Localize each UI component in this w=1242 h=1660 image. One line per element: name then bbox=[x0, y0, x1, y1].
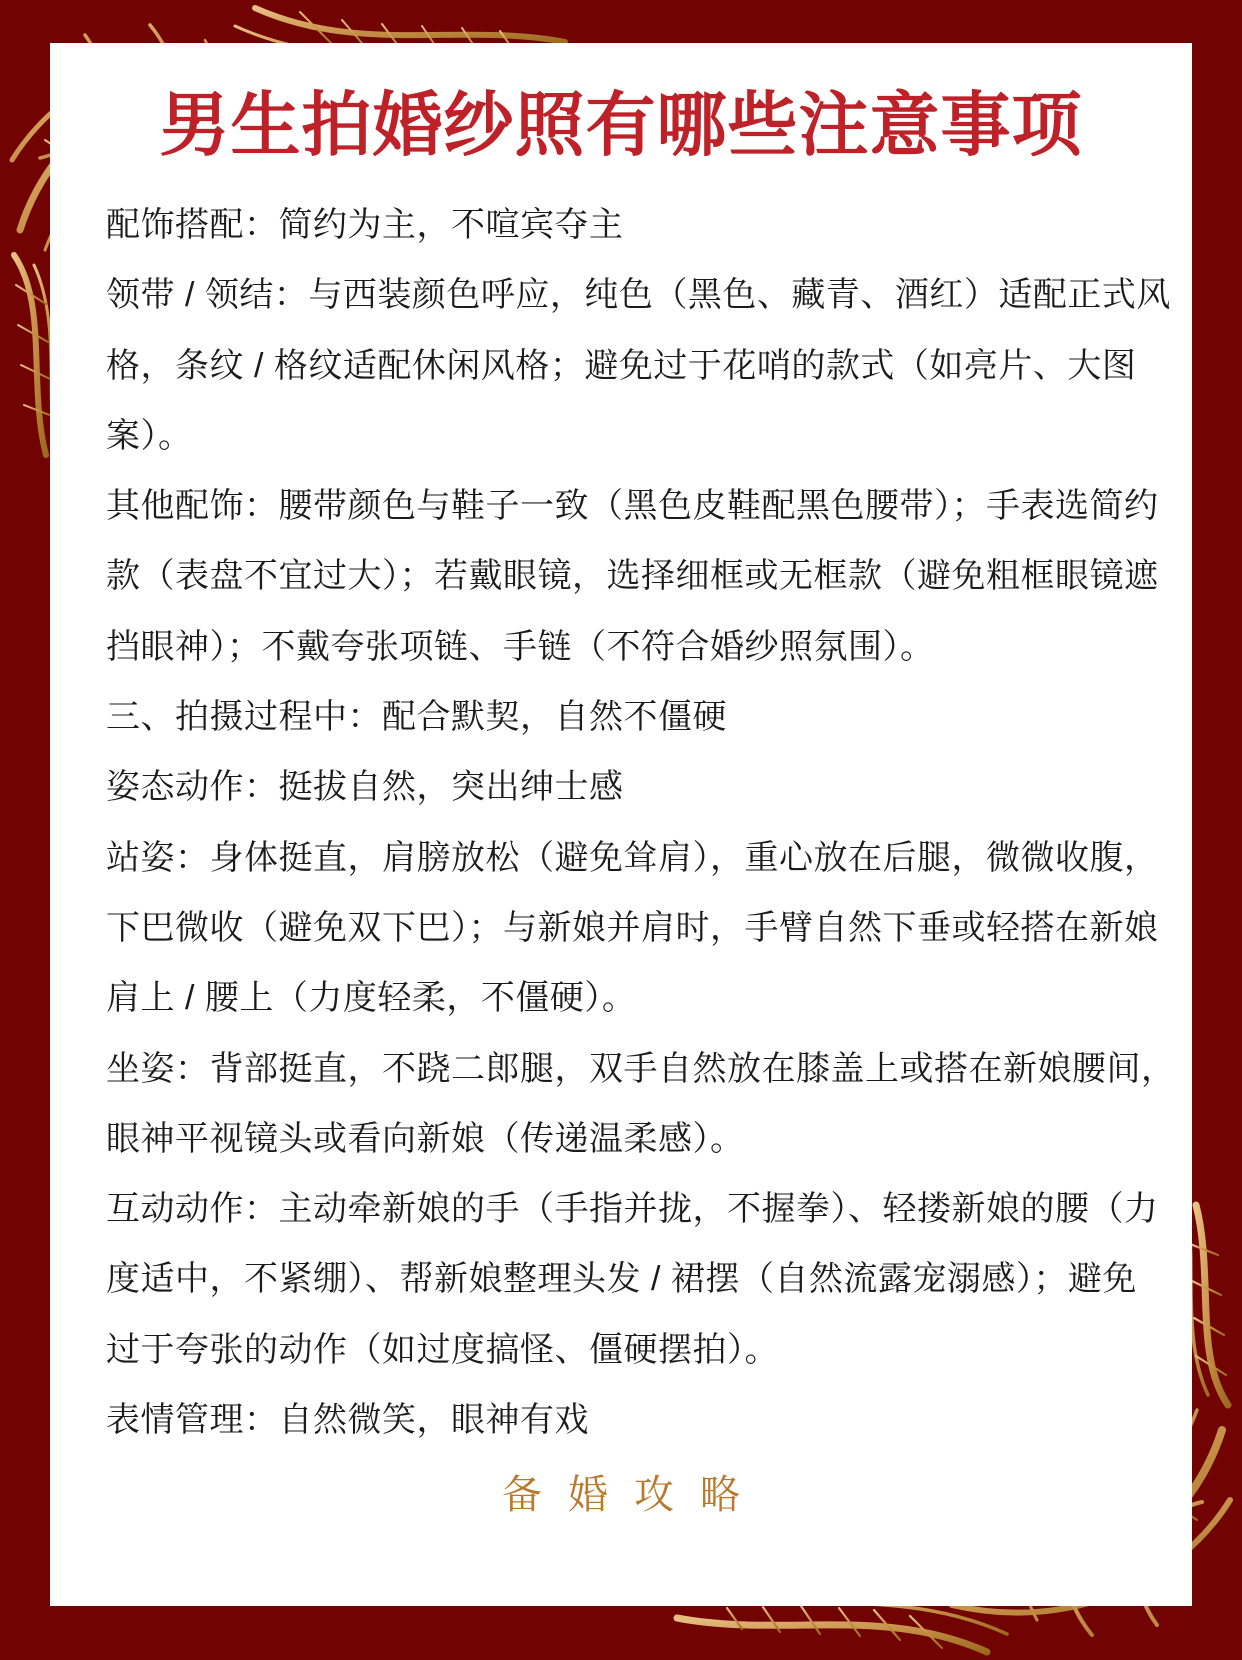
body-line: 三、拍摄过程中：配合默契，自然不僵硬 bbox=[106, 682, 1136, 752]
body-line: 姿态动作：挺拔自然，突出绅士感 bbox=[106, 752, 1136, 822]
body-line: 下巴微收（避免双下巴）；与新娘并肩时，手臂自然下垂或轻搭在新娘 bbox=[106, 893, 1136, 963]
body-line: 互动动作：主动牵新娘的手（手指并拢，不握拳）、轻搂新娘的腰（力 bbox=[106, 1174, 1136, 1244]
body-line: 配饰搭配：简约为主，不喧宾夺主 bbox=[106, 190, 1136, 260]
body-line: 眼神平视镜头或看向新娘（传递温柔感）。 bbox=[106, 1104, 1136, 1174]
body-line: 其他配饰：腰带颜色与鞋子一致（黑色皮鞋配黑色腰带）；手表选简约 bbox=[106, 471, 1136, 541]
body-line: 度适中，不紧绷）、帮新娘整理头发 / 裙摆（自然流露宠溺感）；避免 bbox=[106, 1244, 1136, 1314]
poster-frame: 男生拍婚纱照有哪些注意事项 配饰搭配：简约为主，不喧宾夺主 领带 / 领结：与西… bbox=[0, 0, 1242, 1660]
body-line: 过于夸张的动作（如过度搞怪、僵硬摆拍）。 bbox=[106, 1315, 1136, 1385]
body-line: 站姿：身体挺直，肩膀放松（避免耸肩），重心放在后腿，微微收腹， bbox=[106, 823, 1136, 893]
body-text: 配饰搭配：简约为主，不喧宾夺主 领带 / 领结：与西装颜色呼应，纯色（黑色、藏青… bbox=[106, 190, 1136, 1455]
body-line: 表情管理：自然微笑，眼神有戏 bbox=[106, 1385, 1136, 1455]
body-line: 领带 / 领结：与西装颜色呼应，纯色（黑色、藏青、酒红）适配正式风 bbox=[106, 260, 1136, 330]
body-line: 挡眼神）；不戴夸张项链、手链（不符合婚纱照氛围）。 bbox=[106, 612, 1136, 682]
body-line: 坐姿：背部挺直，不跷二郎腿，双手自然放在膝盖上或搭在新娘腰间， bbox=[106, 1034, 1136, 1104]
poster-title: 男生拍婚纱照有哪些注意事项 bbox=[106, 83, 1136, 167]
body-line: 格，条纹 / 格纹适配休闲风格；避免过于花哨的款式（如亮片、大图 bbox=[106, 331, 1136, 401]
body-line: 案）。 bbox=[106, 401, 1136, 471]
content-panel: 男生拍婚纱照有哪些注意事项 配饰搭配：简约为主，不喧宾夺主 领带 / 领结：与西… bbox=[50, 43, 1192, 1606]
footer-label: 备婚攻略 bbox=[106, 1469, 1136, 1521]
body-line: 款（表盘不宜过大）；若戴眼镜，选择细框或无框款（避免粗框眼镜遮 bbox=[106, 541, 1136, 611]
body-line: 肩上 / 腰上（力度轻柔，不僵硬）。 bbox=[106, 963, 1136, 1033]
